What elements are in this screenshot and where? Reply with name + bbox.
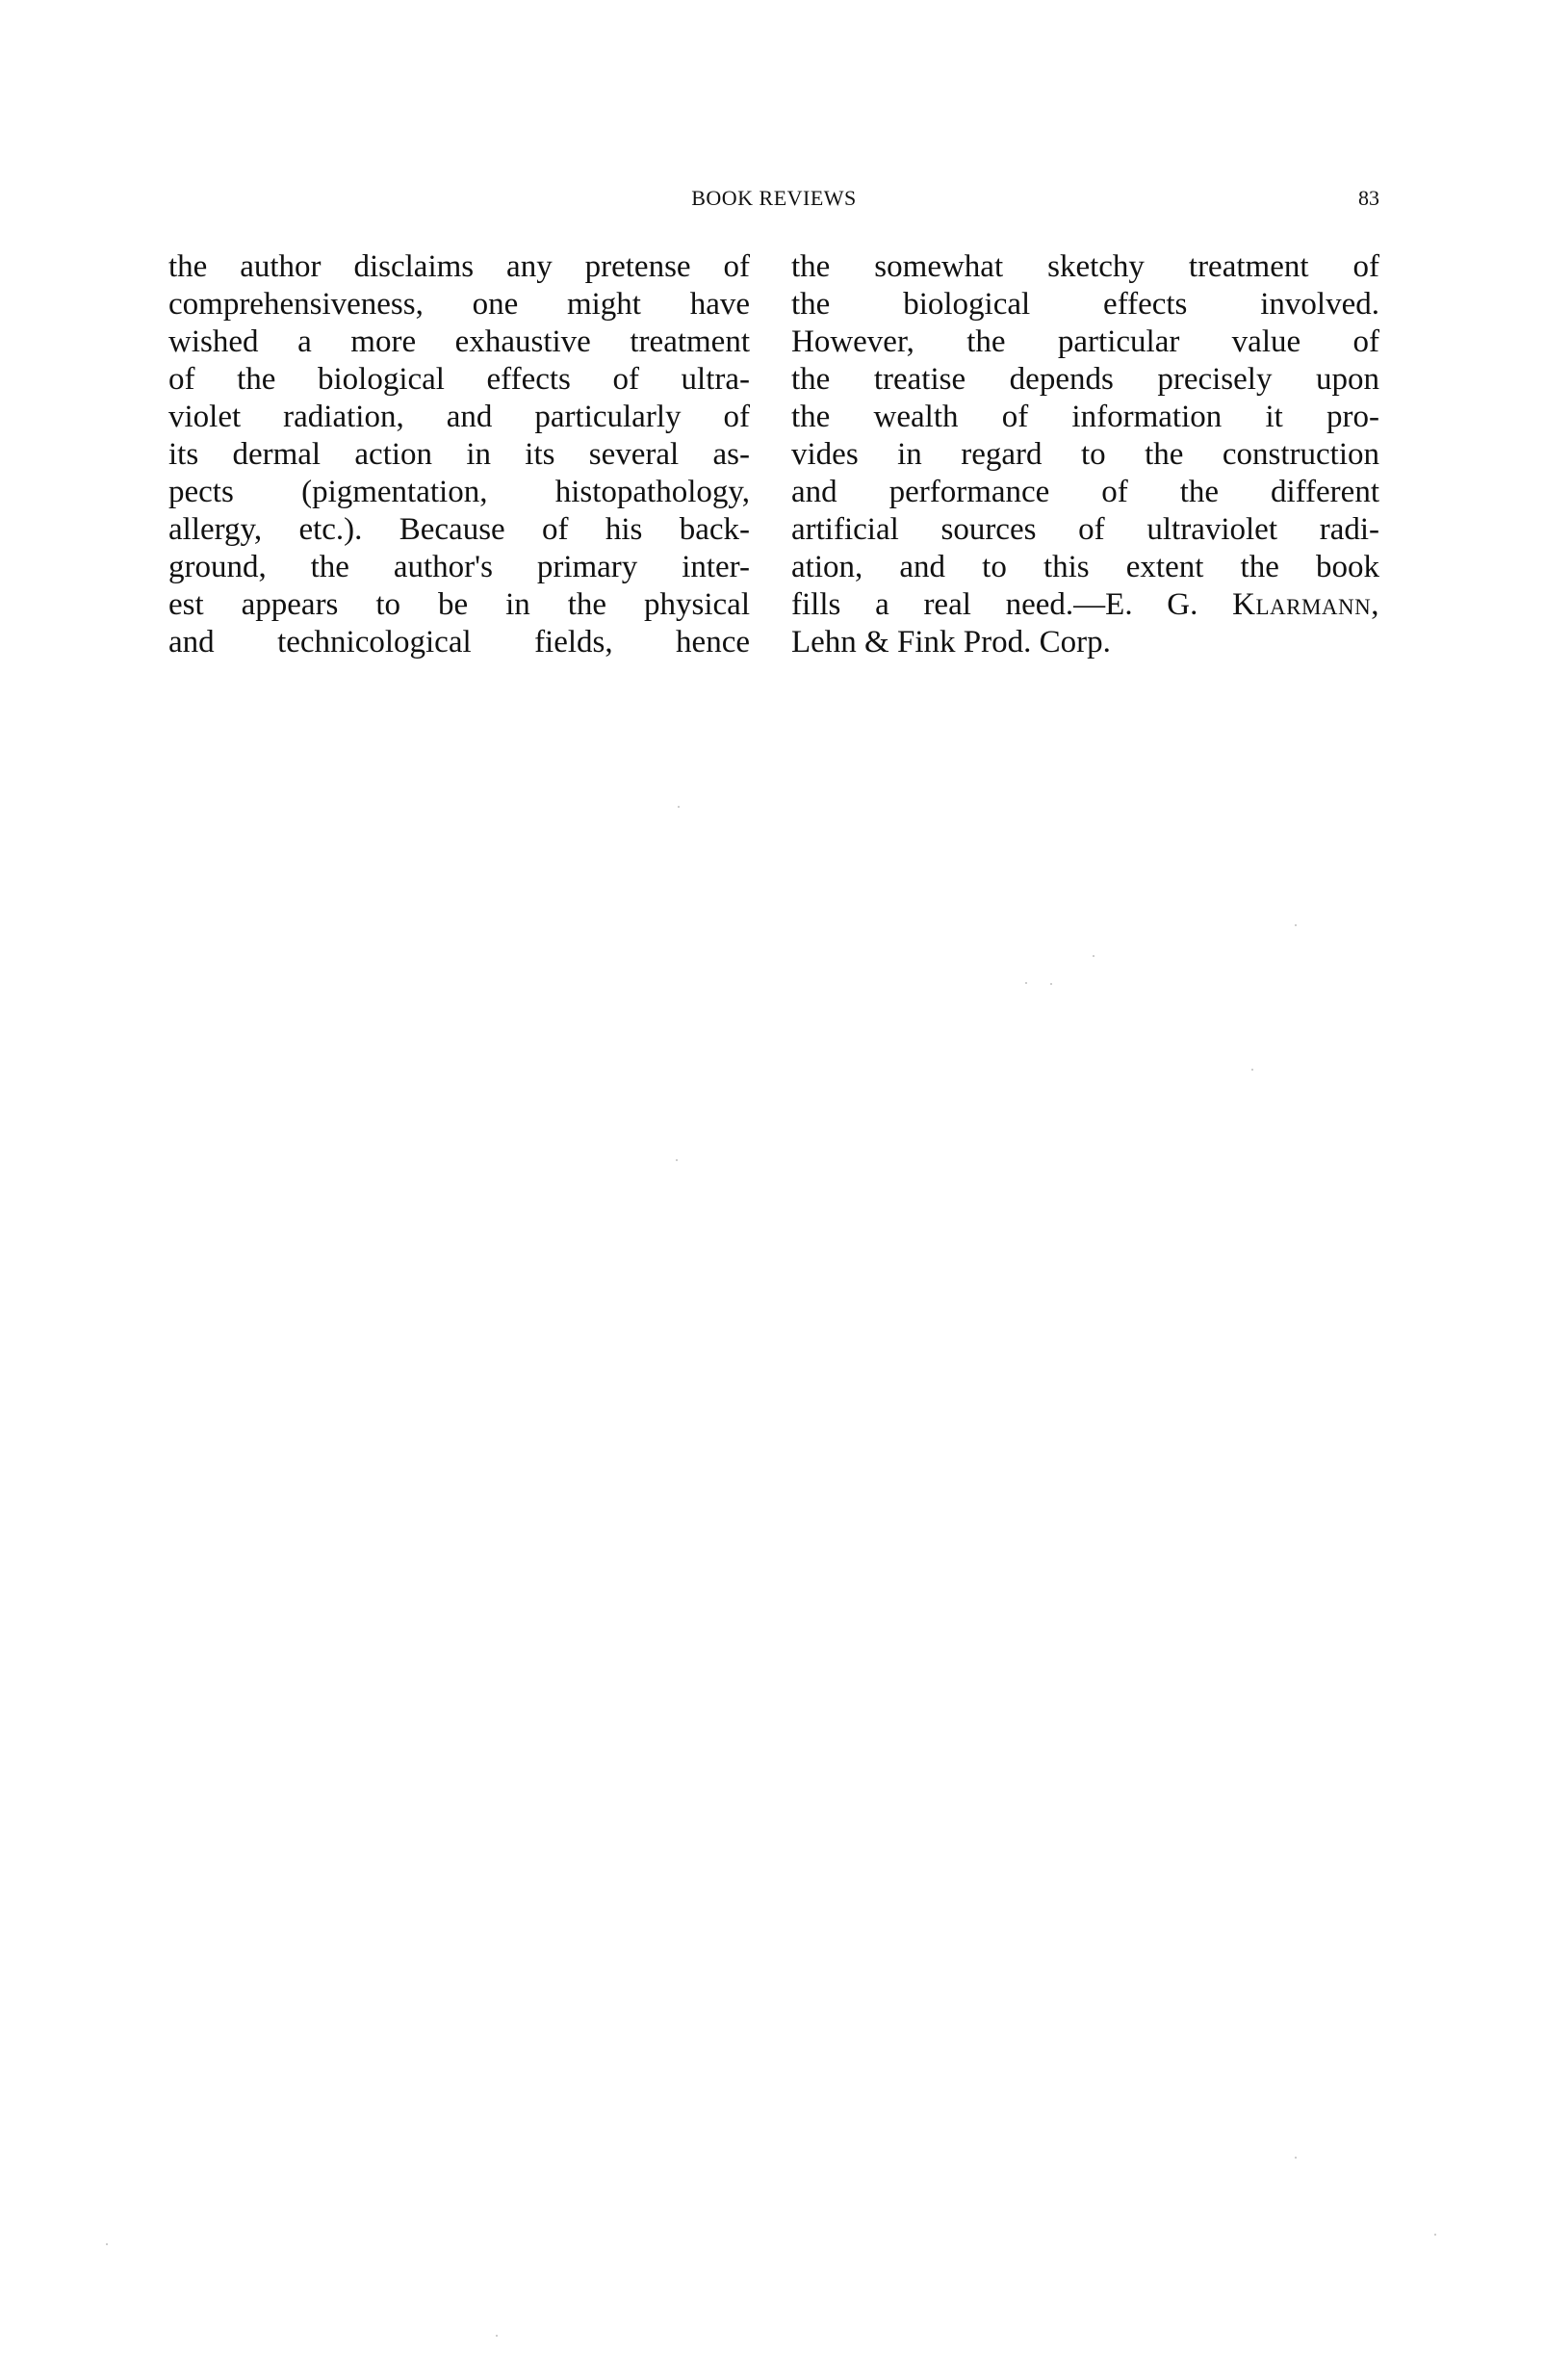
- scan-speck: [1434, 2234, 1436, 2236]
- text-line: its dermal action in its several as-: [168, 436, 750, 474]
- text-line: the author disclaims any pretense of: [168, 248, 750, 286]
- scan-speck: [1025, 982, 1027, 984]
- scan-speck: [678, 806, 680, 808]
- running-title: BOOK REVIEWS: [168, 185, 1379, 212]
- text-line: est appears to be in the physical: [168, 586, 750, 624]
- page-number: 83: [1358, 185, 1379, 212]
- text-line: the wealth of information it pro-: [791, 399, 1379, 436]
- reviewer-name: Klarmann,: [1232, 587, 1379, 622]
- text-line: However, the particular value of: [791, 323, 1379, 361]
- text-line: and technicological fields, hence: [168, 624, 750, 661]
- text-line: the treatise depends precisely upon: [791, 361, 1379, 399]
- text-line: ground, the author's primary inter-: [168, 549, 750, 586]
- text-line: pects (pigmentation, histopathology,: [168, 474, 750, 511]
- text-line: and performance of the different: [791, 474, 1379, 511]
- right-column: the somewhat sketchy treatment of the bi…: [791, 248, 1379, 661]
- text-line: the somewhat sketchy treatment of: [791, 248, 1379, 286]
- text-line: the biological effects involved.: [791, 286, 1379, 323]
- scan-speck: [1251, 1069, 1253, 1071]
- signature-prefix: fills a real need.—E. G.: [791, 587, 1232, 622]
- scan-speck: [1050, 983, 1052, 985]
- text-line: allergy, etc.). Because of his back-: [168, 511, 750, 549]
- text-line: comprehensiveness, one might have: [168, 286, 750, 323]
- text-line: wished a more exhaustive treatment: [168, 323, 750, 361]
- text-line: artificial sources of ultraviolet radi-: [791, 511, 1379, 549]
- signature-line: fills a real need.—E. G. Klarmann,: [791, 586, 1379, 624]
- left-column: the author disclaims any pretense of com…: [168, 248, 750, 661]
- reviewer-affiliation: Lehn & Fink Prod. Corp.: [791, 624, 1379, 661]
- scan-speck: [1295, 924, 1297, 926]
- text-line: violet radiation, and particularly of: [168, 399, 750, 436]
- text-line: ation, and to this extent the book: [791, 549, 1379, 586]
- scan-speck: [106, 2243, 108, 2245]
- scan-speck: [1295, 2157, 1297, 2159]
- scan-speck: [1093, 955, 1094, 957]
- scan-speck: [676, 1159, 678, 1161]
- text-line: of the biological effects of ultra-: [168, 361, 750, 399]
- text-line: vides in regard to the construction: [791, 436, 1379, 474]
- scan-speck: [496, 2335, 498, 2337]
- running-head: BOOK REVIEWS 83: [168, 185, 1379, 212]
